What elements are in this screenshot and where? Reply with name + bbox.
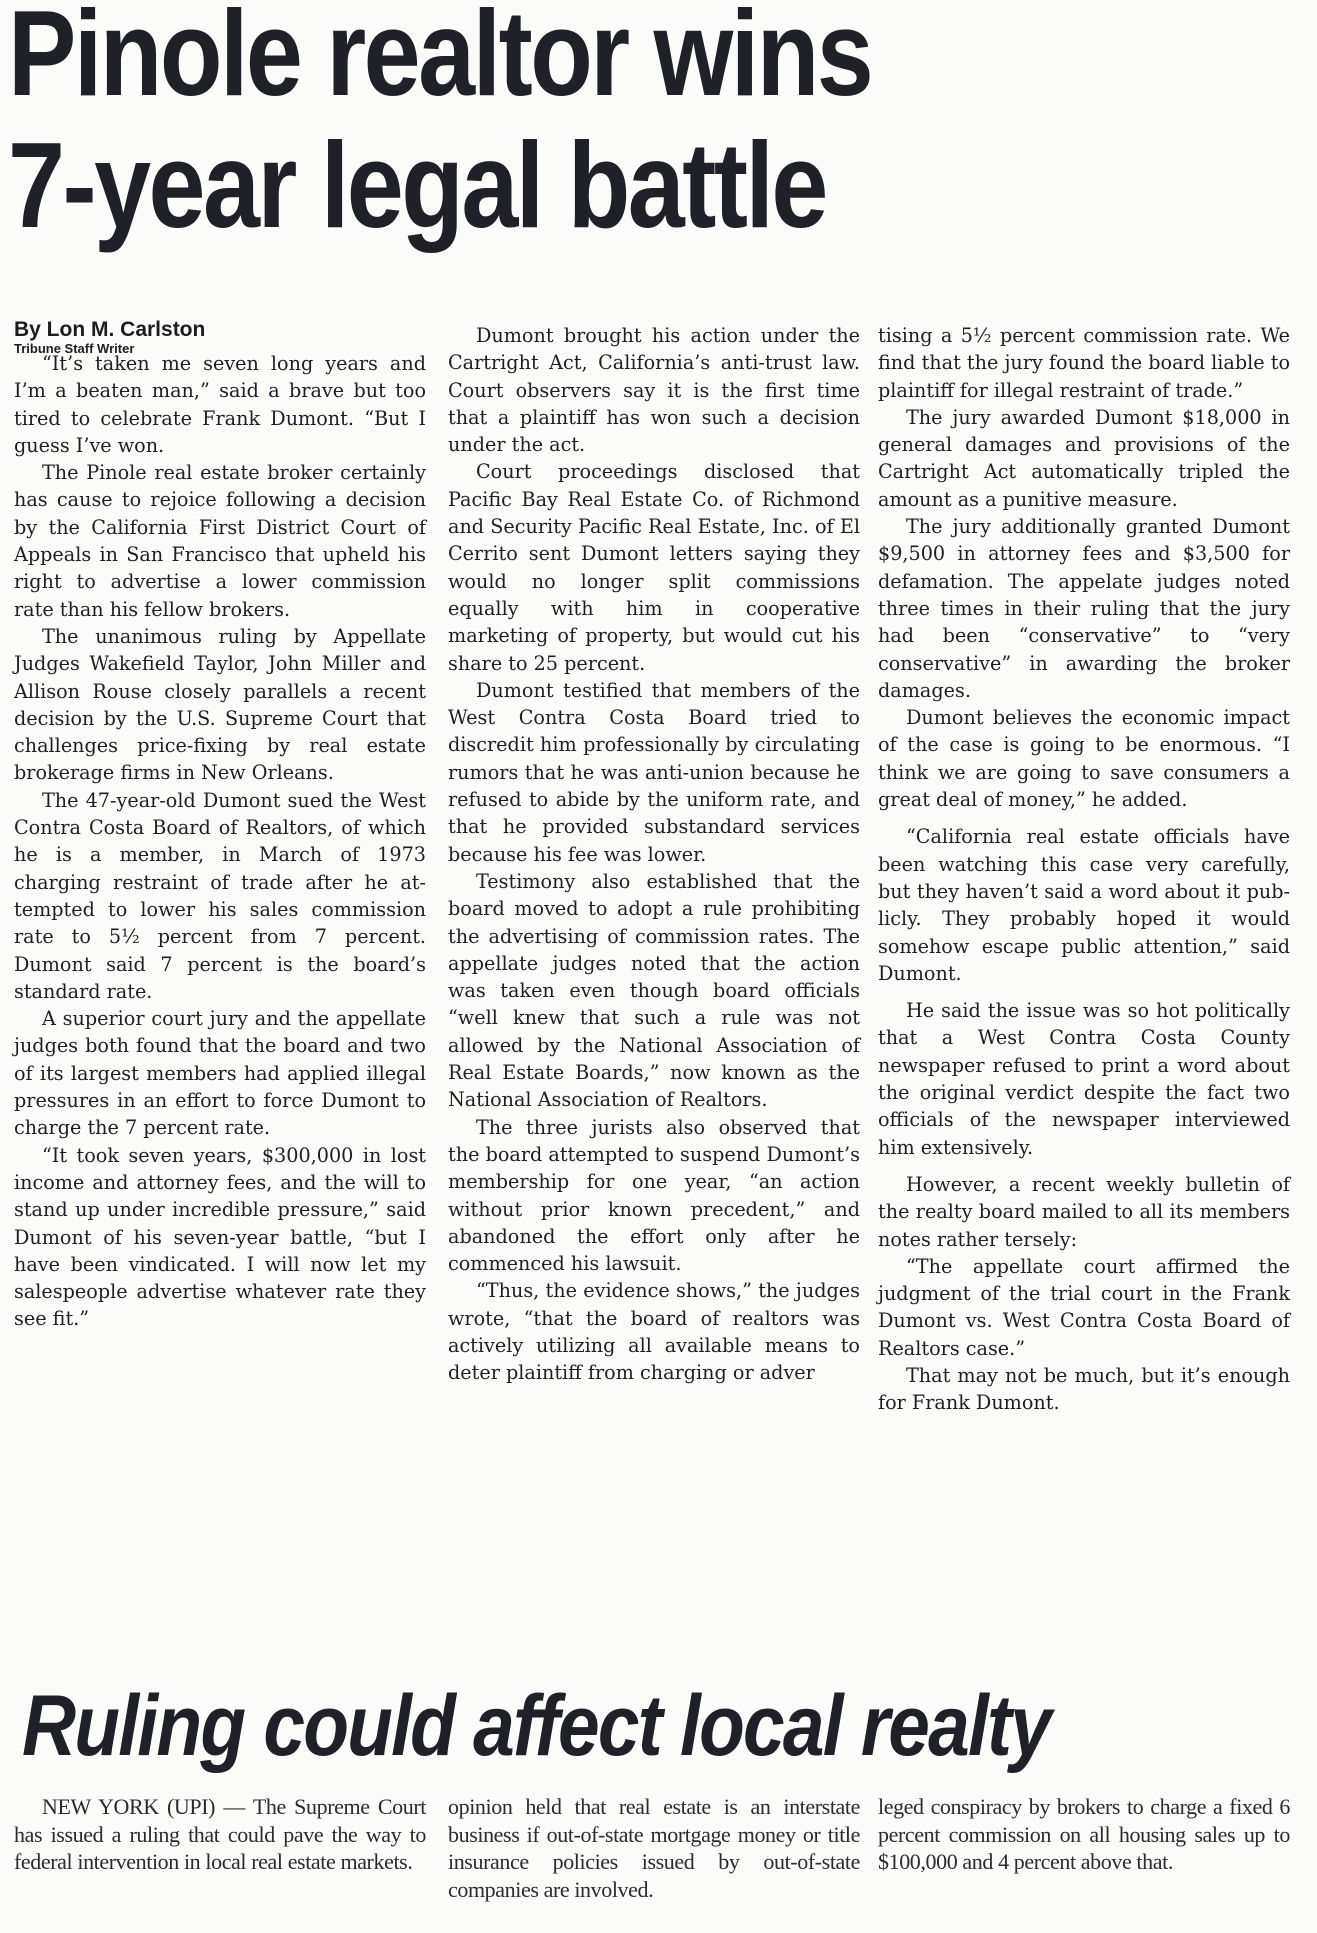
paragraph: Dumont testified that mem­bers of the We… xyxy=(448,677,860,868)
sidebar-column-1: NEW YORK (UPI) — The Su­preme Court has … xyxy=(14,1793,426,1876)
paragraph: The jury additionally granted Dumont $9,… xyxy=(878,513,1290,704)
main-headline-line-2: 7-year legal battle xyxy=(8,120,826,250)
paragraph: However, a recent weekly bul­letin of th… xyxy=(878,1171,1290,1253)
sidebar-column-2: opinion held that real estate is an inte… xyxy=(448,1793,860,1903)
paragraph: “Thus, the evidence shows,” the judges w… xyxy=(448,1277,860,1386)
paragraph: The Pinole real estate broker certainly … xyxy=(14,459,426,623)
paragraph: A superior court jury and the appellate … xyxy=(14,1005,426,1141)
paragraph: That may not be much, but it’s enough fo… xyxy=(878,1362,1290,1417)
article-column-1: “It’s taken me seven long years and I’m … xyxy=(14,350,426,1333)
paragraph: Dumont believes the economic impact of t… xyxy=(878,704,1290,813)
sidebar-column-3: leged conspiracy by brokers to charge a … xyxy=(878,1793,1290,1876)
paragraph: Testimony also established that the boar… xyxy=(448,868,860,1114)
paragraph: “The appellate court affirmed the judgme… xyxy=(878,1253,1290,1362)
article-column-3: tising a 5½ percent commission rate. We … xyxy=(878,322,1290,1417)
paragraph: The 47-year-old Dumont sued the West Con… xyxy=(14,787,426,1005)
article-column-2: Dumont brought his action un­der the Car… xyxy=(448,322,860,1387)
paragraph: The unanimous ruling by Ap­pellate Judge… xyxy=(14,623,426,787)
paragraph: tising a 5½ percent commission rate. We … xyxy=(878,322,1290,404)
paragraph: “California real estate offi­cials have … xyxy=(878,823,1290,987)
paragraph: “It took seven years, $300,000 in lost i… xyxy=(14,1142,426,1333)
paragraph: opinion held that real estate is an inte… xyxy=(448,1793,860,1903)
paragraph: The jury awarded Dumont $18,000 in gener… xyxy=(878,404,1290,513)
paragraph: NEW YORK (UPI) — The Su­preme Court has … xyxy=(14,1793,426,1876)
paragraph: Court proceedings disclosed that Pacific… xyxy=(448,458,860,676)
paragraph: The three jurists also observed that the… xyxy=(448,1114,860,1278)
byline-author: By Lon M. Carlston xyxy=(14,318,205,342)
main-headline-line-1: Pinole realtor wins xyxy=(8,0,871,118)
paragraph: “It’s taken me seven long years and I’m … xyxy=(14,350,426,459)
paragraph: leged conspiracy by brokers to charge a … xyxy=(878,1793,1290,1876)
paragraph: He said the issue was so hot politically… xyxy=(878,997,1290,1161)
paragraph: Dumont brought his action un­der the Car… xyxy=(448,322,860,458)
sidebar-headline: Ruling could affect local realty xyxy=(22,1678,1050,1774)
